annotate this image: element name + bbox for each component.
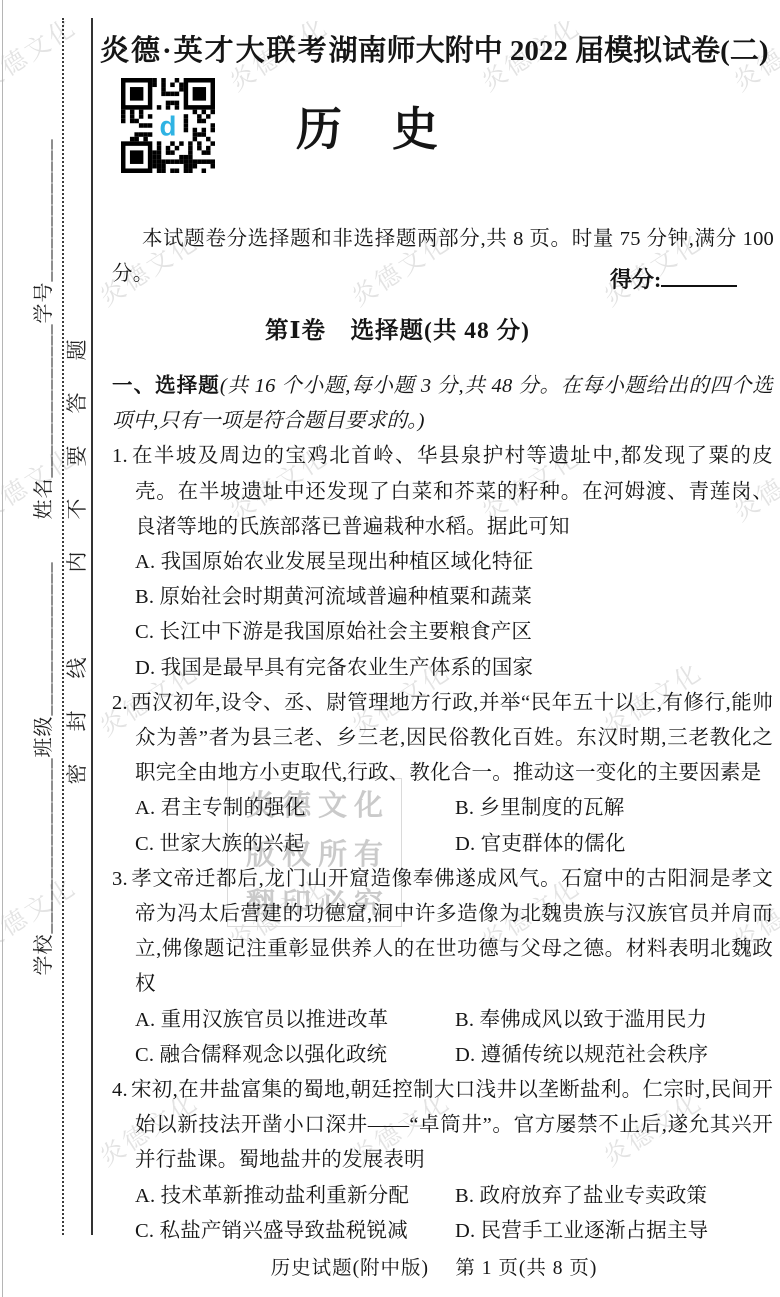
questions-list: 1.在半坡及周边的宝鸡北首岭、华县泉护村等遗址中,都发现了粟的皮壳。在半坡遗址中… <box>112 439 773 1249</box>
score-blank <box>661 264 737 287</box>
score-label: 得分: <box>610 267 661 292</box>
option-item: B. 政府放弃了盐业专卖政策 <box>455 1179 773 1214</box>
option-item: A. 重用汉族官员以推进改革 <box>135 1003 455 1038</box>
question-stem: 3.孝文帝迁都后,龙门山开窟造像奉佛遂成风气。石窟中的古阳洞是孝文帝为冯太后营建… <box>112 862 773 1003</box>
exam-brand: 炎德·英才大联考 <box>100 35 329 67</box>
score-line: 得分: <box>610 263 774 294</box>
option-row: C. 融合儒释观念以强化政统D. 遵循传统以规范社会秩序 <box>112 1038 773 1073</box>
question-stem: 2.西汉初年,设令、丞、尉管理地方行政,并举“民年五十以上,有修行,能帅众为善”… <box>112 686 773 792</box>
option-item: A. 我国原始农业发展呈现出种植区域化特征 <box>112 545 773 580</box>
option-row: A. 技术革新推动盐利重新分配B. 政府放弃了盐业专卖政策 <box>112 1179 773 1214</box>
option-item: C. 融合儒释观念以强化政统 <box>135 1038 455 1073</box>
question-number: 2. <box>112 692 128 714</box>
page-edge-line <box>2 0 3 1297</box>
question-stem-text: 宋初,在井盐富集的蜀地,朝廷控制大口浅井以垄断盐利。仁宗时,民间开始以新技法开凿… <box>131 1079 773 1171</box>
option-item: D. 我国是最早具有完备农业生产体系的国家 <box>112 651 773 686</box>
mc-instructions-label: 一、选择题 <box>112 375 220 397</box>
option-item: C. 长江中下游是我国原始社会主要粮食产区 <box>112 615 773 650</box>
exam-page: 学校________________班级______________ 姓名___… <box>0 0 780 1297</box>
option-row: C. 世家大族的兴起D. 官吏群体的儒化 <box>112 827 773 862</box>
option-item: B. 乡里制度的瓦解 <box>455 791 773 826</box>
option-row: C. 私盐产销兴盛导致盐税锐减D. 民营手工业逐渐占据主导 <box>112 1214 773 1249</box>
option-item: A. 君主专制的强化 <box>135 791 455 826</box>
option-item: D. 官吏群体的儒化 <box>455 827 773 862</box>
option-item: B. 奉佛成风以致于滥用民力 <box>455 1003 773 1038</box>
question-stem-text: 西汉初年,设令、丞、尉管理地方行政,并举“民年五十以上,有修行,能帅众为善”者为… <box>131 692 773 784</box>
option-item: C. 世家大族的兴起 <box>135 827 455 862</box>
question-number: 1. <box>112 445 128 467</box>
question-number: 4. <box>112 1079 128 1101</box>
question-number: 3. <box>112 868 128 890</box>
footer-pagination: 历史试题(附中版) 第 1 页(共 8 页) <box>100 1252 768 1280</box>
option-item: D. 民营手工业逐渐占据主导 <box>455 1214 773 1249</box>
option-row: A. 君主专制的强化B. 乡里制度的瓦解 <box>112 791 773 826</box>
option-item: C. 私盐产销兴盛导致盐税锐减 <box>135 1214 455 1249</box>
section-title: 第Ⅰ卷 选择题(共 48 分) <box>67 311 728 345</box>
option-item: D. 遵循传统以规范社会秩序 <box>455 1038 773 1073</box>
question-block: 3.孝文帝迁都后,龙门山开窟造像奉佛遂成风气。石窟中的古阳洞是孝文帝为冯太后营建… <box>112 862 773 1073</box>
question-stem: 4.宋初,在井盐富集的蜀地,朝廷控制大口浅井以垄断盐利。仁宗时,民间开始以新技法… <box>112 1073 773 1179</box>
option-item: A. 技术革新推动盐利重新分配 <box>135 1179 455 1214</box>
margin-border-line <box>91 18 93 1235</box>
question-block: 4.宋初,在井盐富集的蜀地,朝廷控制大口浅井以垄断盐利。仁宗时,民间开始以新技法… <box>112 1073 773 1249</box>
question-block: 2.西汉初年,设令、丞、尉管理地方行政,并举“民年五十以上,有修行,能帅众为善”… <box>112 686 773 862</box>
subject-title: 历 史 <box>118 93 618 159</box>
question-stem: 1.在半坡及周边的宝鸡北首岭、华县泉护村等遗址中,都发现了粟的皮壳。在半坡遗址中… <box>112 439 773 545</box>
seal-notice-text: 密封线 内不要答题 <box>61 286 87 806</box>
exam-name: 湖南师大附中 2022 届模拟试卷(二) <box>329 35 769 67</box>
student-info-fields: 学校________________班级______________ 姓名___… <box>27 107 53 1007</box>
question-area: 一、选择题(共 16 个小题,每小题 3 分,共 48 分。在每小题给出的四个选… <box>112 369 773 1249</box>
question-stem-text: 在半坡及周边的宝鸡北首岭、华县泉护村等遗址中,都发现了粟的皮壳。在半坡遗址中还发… <box>131 445 773 537</box>
option-row: A. 重用汉族官员以推进改革B. 奉佛成风以致于滥用民力 <box>112 1003 773 1038</box>
mc-instructions: 一、选择题(共 16 个小题,每小题 3 分,共 48 分。在每小题给出的四个选… <box>112 369 773 439</box>
question-stem-text: 孝文帝迁都后,龙门山开窟造像奉佛遂成风气。石窟中的古阳洞是孝文帝为冯太后营建的功… <box>131 868 773 996</box>
question-block: 1.在半坡及周边的宝鸡北首岭、华县泉护村等遗址中,都发现了粟的皮壳。在半坡遗址中… <box>112 439 773 685</box>
exam-header-title: 炎德·英才大联考湖南师大附中 2022 届模拟试卷(二) <box>100 28 768 69</box>
option-item: B. 原始社会时期黄河流域普遍种植粟和蔬菜 <box>112 580 773 615</box>
